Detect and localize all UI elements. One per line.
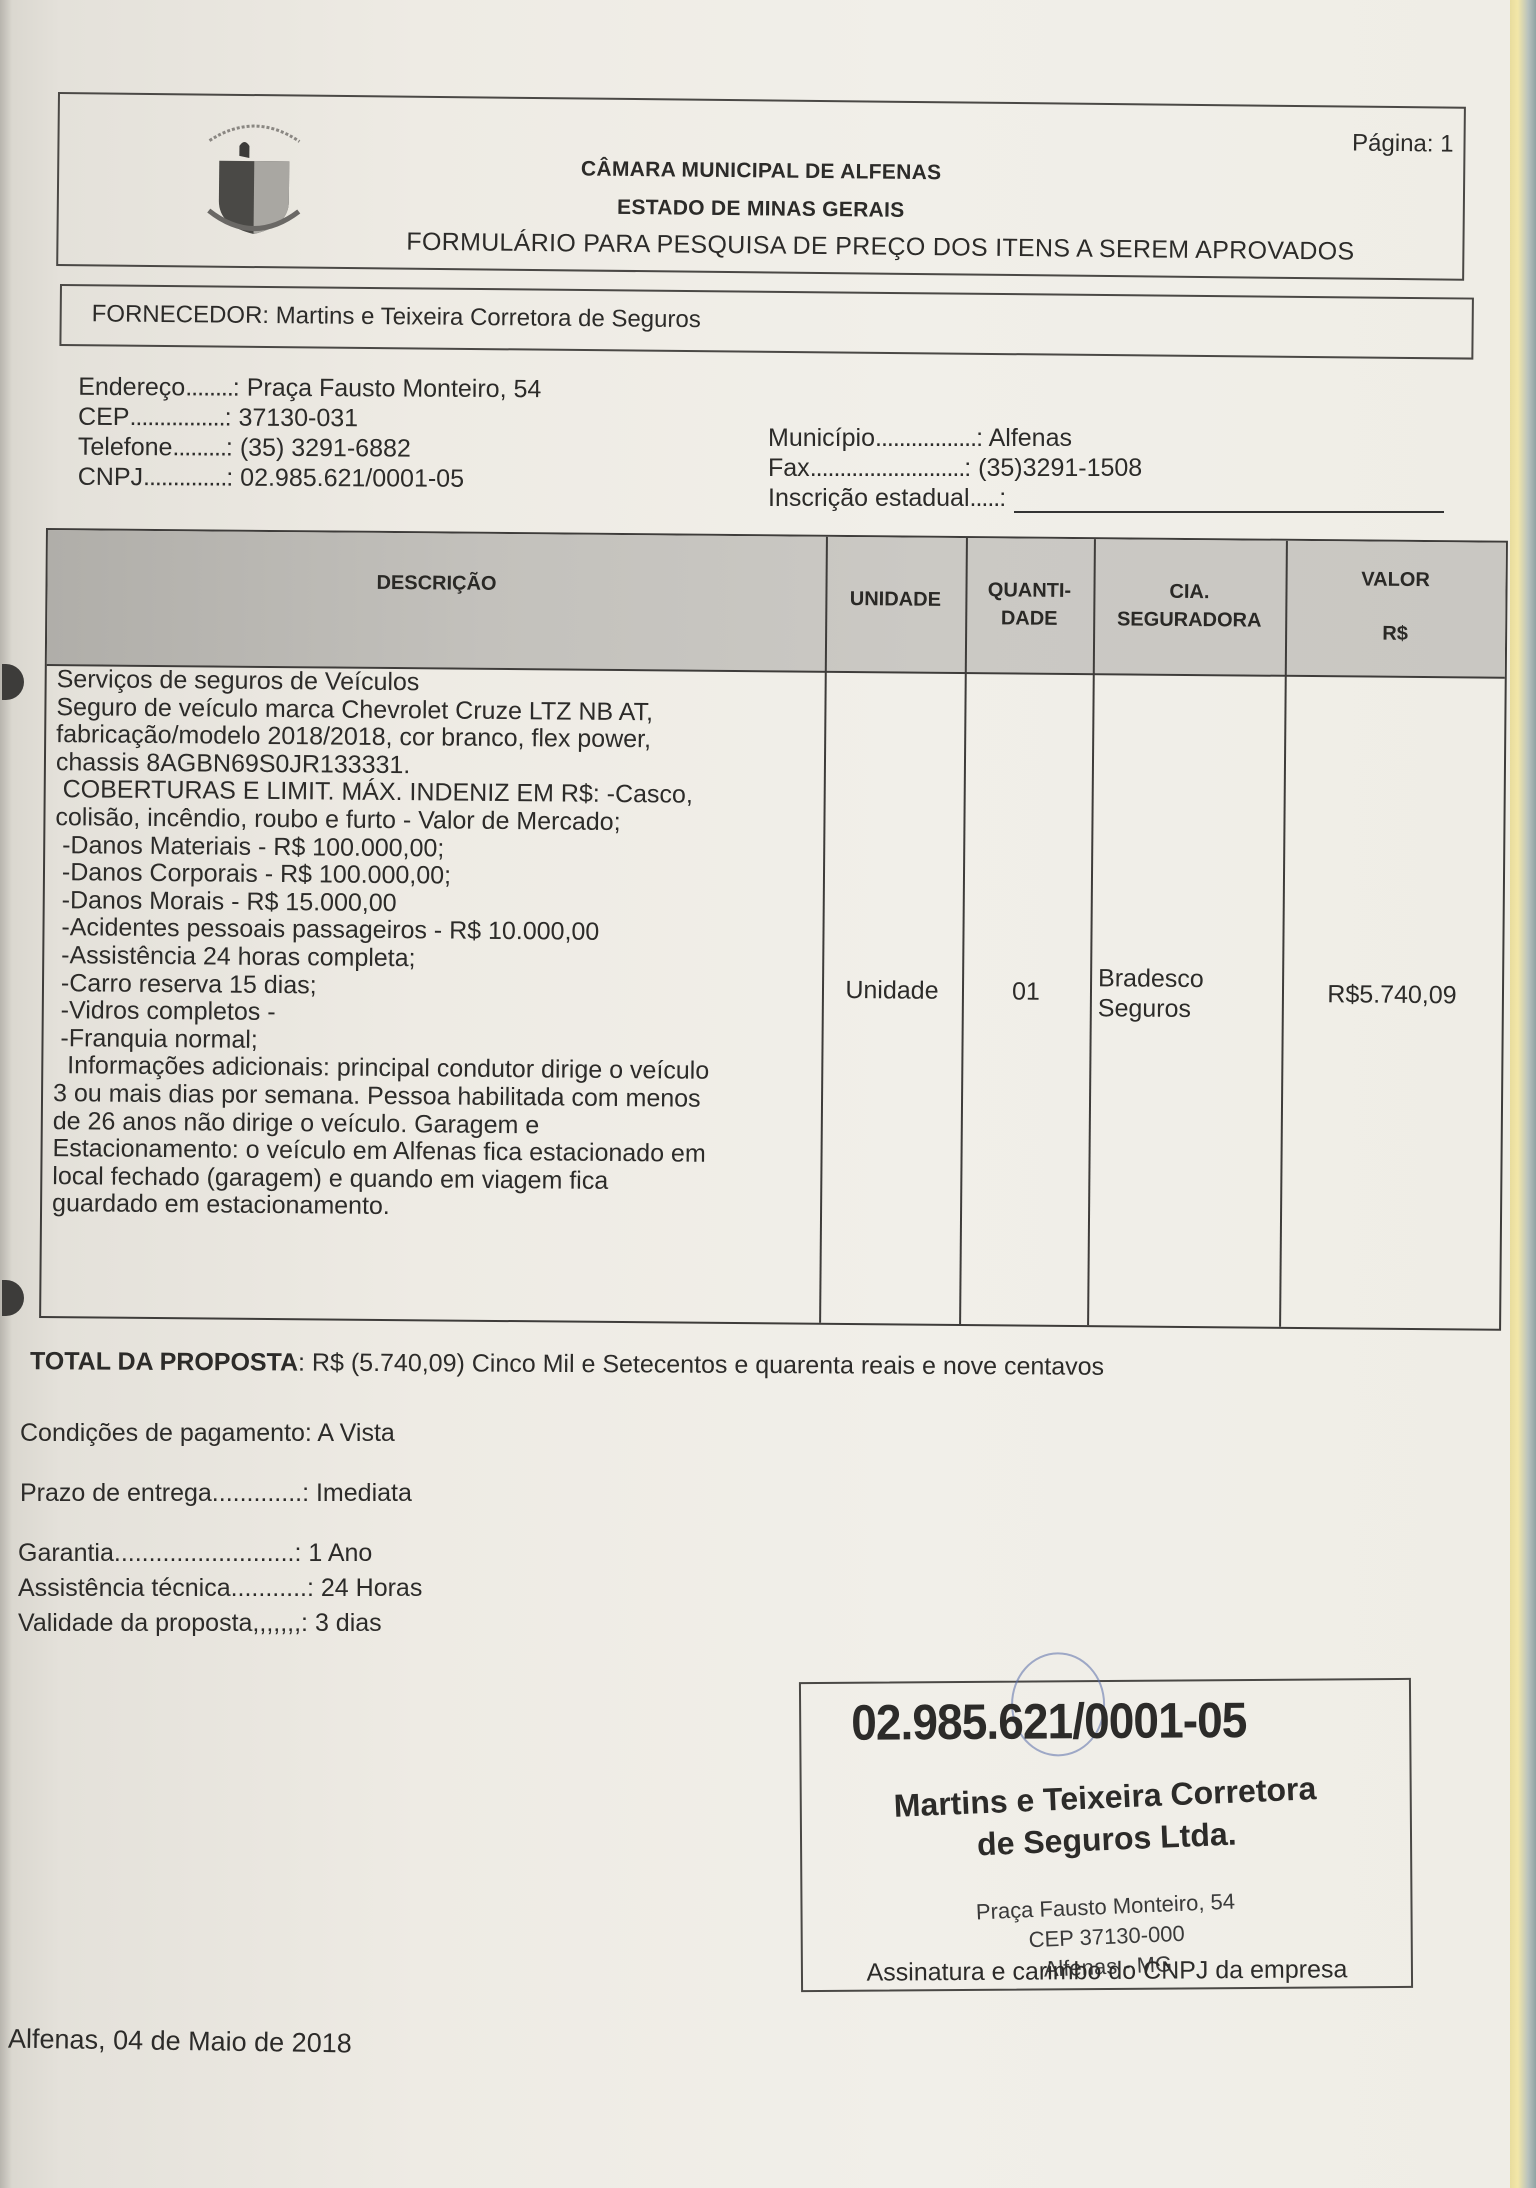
info-value: : 37130-031 [225, 404, 359, 433]
info-dots: .......................... [810, 454, 965, 482]
term-payment: Condições de pagamento: A Vista [20, 1416, 395, 1451]
total-label: TOTAL DA PROPOSTA [30, 1347, 298, 1376]
supplier-name: Martins e Teixeira Corretora de Seguros [276, 302, 701, 333]
cell-quantidade: 01 [962, 976, 1090, 1007]
info-label: CNPJ [78, 463, 143, 491]
signature-caption: Assinatura e carimbo do CNPJ da empresa [803, 1955, 1411, 1988]
state-registration-blank-line [1014, 511, 1444, 513]
info-dots: .............. [143, 463, 226, 491]
header-unidade: UNIDADE [825, 585, 965, 614]
header-valor: VALOR R$ [1285, 565, 1506, 649]
info-value: : Alfenas [976, 424, 1072, 452]
supplier-line: FORNECEDOR: Martins e Teixeira Corretora… [92, 300, 701, 334]
item-description: Serviços de seguros de VeículosSeguro de… [52, 666, 817, 1224]
date-line: Alfenas, 04 de Maio de 2018 [8, 2024, 352, 2060]
term-validity: Validade da proposta,,,,,,,: 3 dias [18, 1606, 382, 1641]
header-valor-line1: VALOR [1285, 565, 1505, 595]
document-header: Página: 1 CÂMARA MUNICIPAL DE ALFENAS ES… [56, 92, 1466, 281]
header-quantidade-line2: DADE [965, 604, 1093, 633]
price-table: DESCRIÇÃO UNIDADE QUANTI- DADE CIA. SEGU… [39, 528, 1508, 1331]
cia-line2: Seguros [1098, 993, 1282, 1025]
punch-hole-icon [2, 664, 24, 700]
info-label: Endereço [78, 373, 185, 402]
term-technical-assistance: Assistência técnica...........: 24 Horas [18, 1571, 422, 1606]
info-dots: ......... [172, 433, 226, 461]
info-label: Município [768, 424, 875, 452]
info-row-cep: CEP................: 37130-031 [78, 402, 541, 434]
folder-edge [1510, 0, 1536, 2188]
proposal-total: TOTAL DA PROPOSTA: R$ (5.740,09) Cinco M… [30, 1347, 1104, 1382]
total-value: : R$ (5.740,09) Cinco Mil e Setecentos e… [298, 1349, 1104, 1381]
header-cia-seguradora: CIA. SEGURADORA [1093, 577, 1285, 635]
header-quantidade-line1: QUANTI- [965, 576, 1093, 605]
info-value: : 02.985.621/0001-05 [226, 464, 464, 493]
info-row-state-registration: Inscrição estadual.....: [768, 483, 1444, 513]
header-cia-line1: CIA. [1093, 577, 1285, 607]
page-number: Página: 1 [1352, 130, 1454, 159]
term-warranty: Garantia..........................: 1 An… [18, 1536, 372, 1571]
info-row-address: Endereço........: Praça Fausto Monteiro,… [78, 372, 541, 404]
stamp-cnpj: 02.985.621/0001-05 [851, 1691, 1247, 1752]
term-delivery: Prazo de entrega.............: Imediata [20, 1476, 412, 1511]
info-row-phone: Telefone.........: (35) 3291-6882 [78, 432, 541, 464]
info-value: : (35)3291-1508 [964, 454, 1142, 482]
supplier-box: FORNECEDOR: Martins e Teixeira Corretora… [59, 284, 1474, 360]
punch-hole-icon [2, 1280, 24, 1316]
info-label: Telefone [78, 433, 173, 461]
info-dots: ..... [970, 484, 1000, 512]
form-title: FORMULÁRIO PARA PESQUISA DE PREÇO DOS IT… [178, 225, 1536, 269]
info-row-municipality: Município.................: Alfenas [768, 423, 1444, 453]
info-value: : (35) 3291-6882 [226, 434, 411, 463]
info-row-cnpj: CNPJ..............: 02.985.621/0001-05 [78, 462, 541, 494]
info-label: Inscrição estadual [768, 484, 970, 512]
info-label: CEP [78, 403, 130, 431]
company-stamp-box: 02.985.621/0001-05 Martins e Teixeira Co… [799, 1678, 1413, 1992]
header-cia-line2: SEGURADORA [1093, 605, 1285, 635]
cell-valor: R$5.740,09 [1282, 979, 1502, 1011]
info-row-fax: Fax..........................: (35)3291-… [768, 453, 1444, 483]
stamp-company-name: Martins e Teixeira Corretora de Seguros … [800, 1763, 1411, 1872]
header-valor-line2: R$ [1285, 619, 1505, 649]
cell-unidade: Unidade [822, 975, 962, 1006]
info-value: : [999, 484, 1006, 512]
cia-line1: Bradesco [1098, 963, 1282, 995]
cell-cia-seguradora: Bradesco Seguros [1098, 963, 1283, 1025]
description-line: guardado em estacionamento. [52, 1190, 812, 1224]
info-dots: ........ [185, 373, 233, 401]
document-page: Página: 1 CÂMARA MUNICIPAL DE ALFENAS ES… [0, 0, 1510, 2188]
info-dots: ................ [129, 403, 224, 431]
supplier-info-right: Município.................: Alfenas Fax.… [768, 423, 1444, 513]
supplier-info-left: Endereço........: Praça Fausto Monteiro,… [78, 372, 542, 494]
supplier-label: FORNECEDOR: [92, 300, 270, 329]
info-dots: ................. [875, 424, 976, 452]
page-shadow [0, 0, 12, 2188]
info-label: Fax [768, 454, 810, 482]
header-quantidade: QUANTI- DADE [965, 576, 1093, 633]
info-value: : Praça Fausto Monteiro, 54 [233, 374, 542, 404]
